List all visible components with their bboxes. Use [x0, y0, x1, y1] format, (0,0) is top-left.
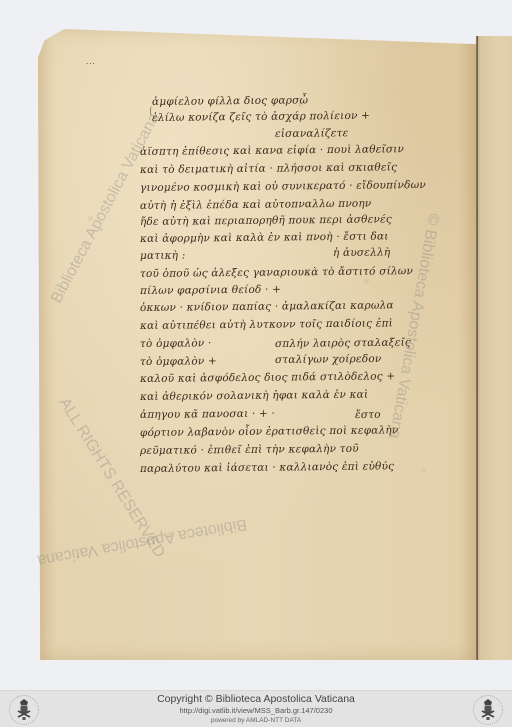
vatican-library-crest-icon: [8, 694, 40, 726]
manuscript-line: ἔστο: [355, 409, 381, 421]
powered-by-text: powered by AMLAD-NTT DATA: [120, 717, 392, 724]
footer-bar: Copyright © Biblioteca Apostolica Vatica…: [0, 690, 512, 727]
manuscript-line: ἐλίλω κονίζα ζεῖς τὸ ἀσχάρ πολίειον +: [152, 110, 370, 124]
manuscript-line: ρεῦματικό · ἐπιθεῖ ἐπὶ τὴν κεφαλὴν τοῦ: [140, 443, 359, 457]
copyright-text: Copyright © Biblioteca Apostolica Vatica…: [120, 693, 392, 705]
manuscript-line: εἰσαναλίζετε: [275, 127, 349, 140]
manuscript-line: ἀμφίελου φίλλα διος φαρσὦ: [152, 94, 308, 108]
manuscript-line: τὸ ὀμφαλὸν ·: [140, 337, 212, 350]
manuscript-line: αὐτὴ ἡ ἐξὶλ ἐπέδα καὶ αὐτοπναλλω πνοην: [140, 198, 372, 212]
folio-mark: ···: [86, 60, 96, 68]
manuscript-line: ἡ ἀυσελλὴ: [333, 246, 390, 259]
adjacent-page-edge: [477, 36, 512, 660]
manuscript-viewer: ··· ἀμφίελου φίλλα διος φαρσὦἐλίλω κονίζ…: [0, 0, 512, 690]
manuscript-url[interactable]: http://digi.vatlib.it/view/MSS_Barb.gr.1…: [120, 706, 392, 715]
manuscript-line: καὶ ἀθερικόν σολανικὴ ἡφαι καλὰ ἐν καὶ: [140, 389, 368, 403]
manuscript-line: ματικὴ :: [140, 250, 186, 262]
binding-gutter: [476, 36, 478, 660]
manuscript-line: πίλων φαρσίνια θείοδ · +: [140, 284, 281, 297]
manuscript-line: σταλίγων χοίρεδον: [275, 353, 382, 366]
manuscript-line: ἀπηγου κᾶ πανοσαι · + ·: [140, 408, 275, 421]
manuscript-line: τὸ ὀμφαλὸν +: [140, 355, 217, 368]
manuscript-line: σπλήν λαιρὸς σταλαξεῖς: [275, 337, 411, 350]
vatican-library-crest-icon: [472, 694, 504, 726]
